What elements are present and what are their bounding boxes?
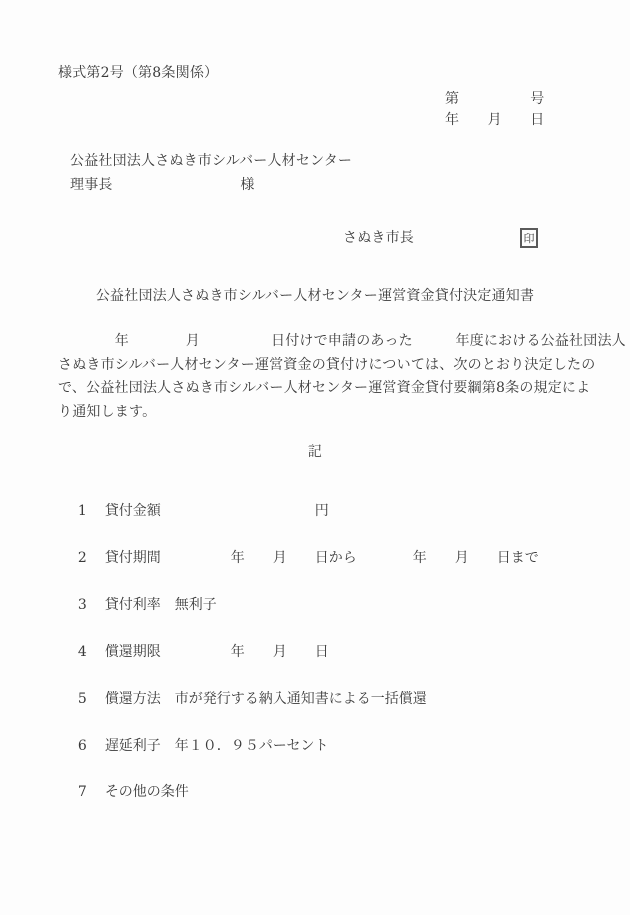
- item-value: 年 月 日から 年 月 日まで: [161, 550, 539, 566]
- item-label: 貸付期間: [105, 550, 161, 566]
- item-value: 円: [161, 503, 329, 519]
- body-paragraph-line-2: さぬき市シルバー人材センター運営資金の貸付けについては、次のとおり決定したの: [58, 357, 595, 373]
- recipient-organization: 公益社団法人さぬき市シルバー人材センター: [70, 153, 352, 169]
- item-late-interest: 6遅延利子 年１０．９５パーセント: [60, 722, 329, 770]
- sender-name: さぬき市長: [343, 230, 414, 246]
- item-other-conditions: 7その他の条件: [60, 768, 189, 816]
- item-label: 遅延利子: [105, 738, 161, 754]
- item-label: その他の条件: [105, 784, 189, 800]
- seal-mark: 印: [520, 228, 538, 248]
- item-number: 5: [78, 691, 87, 707]
- document-date-blank: 年 月 日: [445, 112, 544, 128]
- form-number-note: 様式第2号（第8条関係）: [58, 65, 218, 81]
- body-paragraph-line-4: り通知します。: [58, 404, 156, 420]
- item-label: 償還方法: [105, 691, 161, 707]
- body-paragraph-line-3: で、公益社団法人さぬき市シルバー人材センター運営資金貸付要綱第8条の規定によ: [58, 380, 590, 396]
- section-mark: 記: [0, 444, 630, 460]
- item-number: 3: [78, 597, 87, 613]
- document-page: 様式第2号（第8条関係） 第 号 年 月 日 公益社団法人さぬき市シルバー人材セ…: [0, 0, 630, 915]
- item-label: 貸付金額: [105, 503, 161, 519]
- item-value: 年１０．９５パーセント: [161, 738, 329, 754]
- item-number: 6: [78, 738, 87, 754]
- item-repayment-method: 5償還方法 市が発行する納入通知書による一括償還: [60, 675, 427, 723]
- body-paragraph-line-1: 年 月 日付けで申請のあった 年度における公益社団法人: [58, 333, 626, 349]
- item-number: 7: [78, 784, 87, 800]
- item-interest-rate: 3貸付利率 無利子: [60, 581, 217, 629]
- item-number: 2: [78, 550, 87, 566]
- item-repayment-deadline: 4償還期限 年 月 日: [60, 628, 329, 676]
- item-label: 貸付利率: [105, 597, 161, 613]
- document-number-blank: 第 号: [445, 91, 544, 107]
- item-number: 1: [78, 503, 87, 519]
- recipient-title-line: 理事長 様: [70, 177, 255, 193]
- document-title: 公益社団法人さぬき市シルバー人材センター運営資金貸付決定通知書: [0, 288, 630, 304]
- item-value: 年 月 日: [161, 644, 329, 660]
- item-value: 無利子: [161, 597, 217, 613]
- item-loan-amount: 1貸付金額 円: [60, 487, 329, 535]
- item-number: 4: [78, 644, 87, 660]
- item-loan-period: 2貸付期間 年 月 日から 年 月 日まで: [60, 534, 539, 582]
- item-label: 償還期限: [105, 644, 161, 660]
- item-value: 市が発行する納入通知書による一括償還: [161, 691, 427, 707]
